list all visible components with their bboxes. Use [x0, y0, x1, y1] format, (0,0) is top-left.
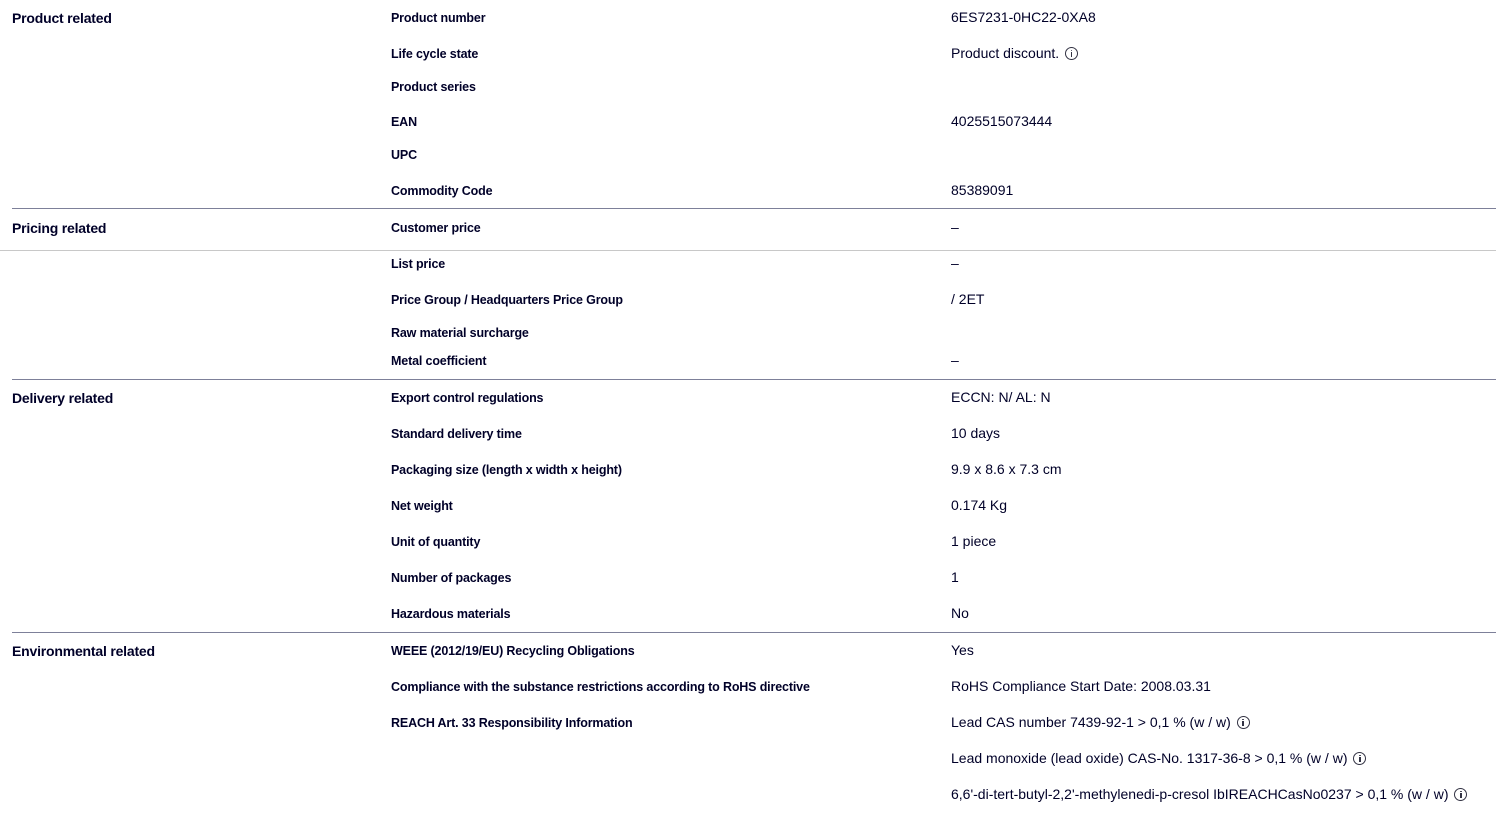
row-label: Standard delivery time — [391, 427, 522, 441]
row-value: ECCN: N/ AL: N — [951, 389, 1051, 405]
row-label: Price Group / Headquarters Price Group — [391, 293, 623, 307]
section-divider — [12, 208, 1496, 209]
table-row: REACH Art. 33 Responsibility Information… — [0, 715, 1496, 735]
table-row: Product number 6ES7231-0HC22-0XA8 — [0, 10, 1496, 30]
table-row: Lead monoxide (lead oxide) CAS-No. 1317-… — [0, 751, 1496, 771]
row-label: Product series — [391, 80, 476, 94]
row-value: – — [951, 352, 959, 368]
life-cycle-state-text: Product discount. — [951, 45, 1059, 61]
table-row: Number of packages 1 — [0, 570, 1496, 590]
row-value: Lead monoxide (lead oxide) CAS-No. 1317-… — [951, 750, 1366, 766]
row-value: 9.9 x 8.6 x 7.3 cm — [951, 461, 1062, 477]
row-label: Hazardous materials — [391, 607, 510, 621]
row-label: Product number — [391, 11, 485, 25]
row-label: Raw material surcharge — [391, 326, 529, 340]
row-label: List price — [391, 257, 445, 271]
row-label: Commodity Code — [391, 184, 492, 198]
table-row: Export control regulations ECCN: N/ AL: … — [0, 390, 1496, 410]
row-value: Yes — [951, 642, 974, 658]
row-value: 6ES7231-0HC22-0XA8 — [951, 9, 1096, 25]
row-value: 85389091 — [951, 182, 1013, 198]
table-row: Standard delivery time 10 days — [0, 426, 1496, 446]
table-row: Net weight 0.174 Kg — [0, 498, 1496, 518]
table-row: List price – — [0, 256, 1496, 276]
row-value: 1 — [951, 569, 959, 585]
row-label: Customer price — [391, 221, 481, 235]
row-value: Lead CAS number 7439-92-1 > 0,1 % (w / w… — [951, 714, 1250, 730]
section-divider — [12, 379, 1496, 380]
row-value: / 2ET — [951, 291, 984, 307]
row-label: Metal coefficient — [391, 354, 486, 368]
row-value: – — [951, 219, 959, 235]
table-row: Raw material surcharge — [0, 325, 1496, 345]
row-label: EAN — [391, 115, 417, 129]
row-value: No — [951, 605, 969, 621]
row-value: RoHS Compliance Start Date: 2008.03.31 — [951, 678, 1211, 694]
row-divider — [0, 250, 1496, 251]
reach-substance-text: Lead monoxide (lead oxide) CAS-No. 1317-… — [951, 750, 1347, 766]
row-label: Unit of quantity — [391, 535, 480, 549]
row-label: REACH Art. 33 Responsibility Information — [391, 716, 632, 730]
row-label: WEEE (2012/19/EU) Recycling Obligations — [391, 644, 635, 658]
table-row: Customer price – — [0, 220, 1496, 240]
row-value: Product discount. — [951, 45, 1078, 61]
table-row: Metal coefficient – — [0, 353, 1496, 373]
table-row: WEEE (2012/19/EU) Recycling Obligations … — [0, 643, 1496, 663]
reach-substance-text: 6,6'-di-tert-butyl-2,2'-methylenedi-p-cr… — [951, 786, 1448, 802]
table-row: Commodity Code 85389091 — [0, 183, 1496, 203]
row-label: Net weight — [391, 499, 453, 513]
row-label: Export control regulations — [391, 391, 543, 405]
row-value: 10 days — [951, 425, 1000, 441]
table-row: Unit of quantity 1 piece — [0, 534, 1496, 554]
table-row: UPC — [0, 147, 1496, 167]
row-value: 4025515073444 — [951, 113, 1052, 129]
info-circle-icon[interactable] — [1454, 788, 1467, 801]
row-label: UPC — [391, 148, 417, 162]
table-row: EAN 4025515073444 — [0, 114, 1496, 134]
row-value: 6,6'-di-tert-butyl-2,2'-methylenedi-p-cr… — [951, 786, 1467, 802]
info-circle-icon[interactable] — [1353, 752, 1366, 765]
table-row: Hazardous materials No — [0, 606, 1496, 626]
table-row: Price Group / Headquarters Price Group /… — [0, 292, 1496, 312]
reach-substance-text: Lead CAS number 7439-92-1 > 0,1 % (w / w… — [951, 714, 1231, 730]
table-row: Product series — [0, 79, 1496, 99]
row-label: Life cycle state — [391, 47, 478, 61]
row-label: Number of packages — [391, 571, 511, 585]
table-row: Packaging size (length x width x height)… — [0, 462, 1496, 482]
row-label: Compliance with the substance restrictio… — [391, 680, 810, 694]
table-row: 6,6'-di-tert-butyl-2,2'-methylenedi-p-cr… — [0, 787, 1496, 807]
row-value: 1 piece — [951, 533, 996, 549]
row-value: – — [951, 255, 959, 271]
section-divider — [12, 632, 1496, 633]
info-circle-icon[interactable] — [1237, 716, 1250, 729]
table-row: Life cycle state Product discount. — [0, 46, 1496, 66]
table-row: Compliance with the substance restrictio… — [0, 679, 1496, 699]
row-value: 0.174 Kg — [951, 497, 1007, 513]
info-circle-icon[interactable] — [1065, 47, 1078, 60]
row-label: Packaging size (length x width x height) — [391, 463, 622, 477]
